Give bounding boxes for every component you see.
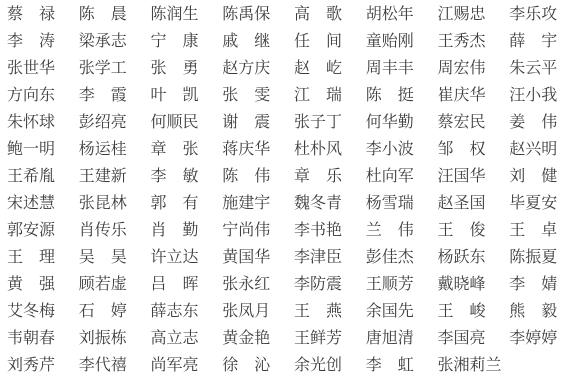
person-name: 尚军亮 <box>144 352 216 379</box>
person-name: 鲍一明 <box>0 135 72 162</box>
person-name: 王希胤 <box>0 162 72 189</box>
person-name: 刘秀芹 <box>0 352 72 379</box>
person-name: 江赐忠 <box>431 0 503 27</box>
person-name: 张湘莉兰 <box>431 352 503 379</box>
person-name: 胡松年 <box>359 0 431 27</box>
person-name: 郭安源 <box>0 217 72 244</box>
person-name: 陈 挺 <box>359 81 431 108</box>
person-name: 杨跃东 <box>431 244 503 271</box>
person-name: 张学工 <box>72 54 144 81</box>
person-name: 杜朴风 <box>287 135 359 162</box>
person-name: 薛志东 <box>144 298 216 325</box>
person-name: 邹 权 <box>431 135 503 162</box>
person-name: 李代禧 <box>72 352 144 379</box>
person-name: 王秀杰 <box>431 27 503 54</box>
person-name: 王建新 <box>72 162 144 189</box>
person-name: 李婷婷 <box>502 325 574 352</box>
person-name: 赵圣国 <box>431 189 503 216</box>
person-name: 宋述慧 <box>0 189 72 216</box>
person-name: 陈润生 <box>144 0 216 27</box>
person-name: 叶 凯 <box>144 81 216 108</box>
person-name: 黄金艳 <box>215 325 287 352</box>
person-name: 朱云平 <box>502 54 574 81</box>
person-name: 许立达 <box>144 244 216 271</box>
person-name: 李 婧 <box>502 271 574 298</box>
empty-cell <box>502 352 574 379</box>
person-name: 宁 康 <box>144 27 216 54</box>
person-name: 杨雪瑞 <box>359 189 431 216</box>
person-name: 朱怀球 <box>0 108 72 135</box>
person-name: 陈禹保 <box>215 0 287 27</box>
person-name: 周宏伟 <box>431 54 503 81</box>
person-name: 吴 昊 <box>72 244 144 271</box>
person-name: 陈振夏 <box>502 244 574 271</box>
person-name: 张 勇 <box>144 54 216 81</box>
person-name: 赵 屹 <box>287 54 359 81</box>
person-name: 艾冬梅 <box>0 298 72 325</box>
person-name: 石 婷 <box>72 298 144 325</box>
person-name: 陈 晨 <box>72 0 144 27</box>
person-name: 施建宇 <box>215 189 287 216</box>
person-name: 熊 毅 <box>502 298 574 325</box>
person-name: 梁承志 <box>72 27 144 54</box>
person-name: 顾若虚 <box>72 271 144 298</box>
person-name: 李小波 <box>359 135 431 162</box>
person-name: 方向东 <box>0 81 72 108</box>
person-name: 何华勤 <box>359 108 431 135</box>
person-name: 王顺芳 <box>359 271 431 298</box>
person-name: 任 间 <box>287 27 359 54</box>
person-name: 肖 勤 <box>144 217 216 244</box>
person-name: 王 俊 <box>431 217 503 244</box>
person-name: 张世华 <box>0 54 72 81</box>
person-name: 汪国华 <box>431 162 503 189</box>
person-name: 李 虹 <box>359 352 431 379</box>
person-name: 张永红 <box>215 271 287 298</box>
person-name: 戚 继 <box>215 27 287 54</box>
person-name: 周丰丰 <box>359 54 431 81</box>
person-name: 王 峻 <box>431 298 503 325</box>
person-name: 赵兴明 <box>502 135 574 162</box>
person-name: 李乐攻 <box>502 0 574 27</box>
person-name: 郭 有 <box>144 189 216 216</box>
person-name: 刘振栋 <box>72 325 144 352</box>
person-name: 张子丁 <box>287 108 359 135</box>
person-name: 童贻刚 <box>359 27 431 54</box>
person-name: 毕夏安 <box>502 189 574 216</box>
person-name: 吕 晖 <box>144 271 216 298</box>
person-name: 陈 伟 <box>215 162 287 189</box>
person-name: 李津臣 <box>287 244 359 271</box>
person-name: 姜 伟 <box>502 108 574 135</box>
person-name: 王 卓 <box>502 217 574 244</box>
person-name: 薛 宇 <box>502 27 574 54</box>
person-name: 魏冬青 <box>287 189 359 216</box>
person-name: 徐 沁 <box>215 352 287 379</box>
person-name: 李书艳 <box>287 217 359 244</box>
person-name: 唐旭清 <box>359 325 431 352</box>
person-name: 高立志 <box>144 325 216 352</box>
person-name: 赵方庆 <box>215 54 287 81</box>
person-name: 刘 健 <box>502 162 574 189</box>
person-name: 肖传乐 <box>72 217 144 244</box>
person-name: 李防震 <box>287 271 359 298</box>
person-name: 高 歌 <box>287 0 359 27</box>
person-name: 余光创 <box>287 352 359 379</box>
person-name: 余国先 <box>359 298 431 325</box>
person-name: 张凤月 <box>215 298 287 325</box>
person-name: 张 雯 <box>215 81 287 108</box>
person-name: 彭佳杰 <box>359 244 431 271</box>
person-name: 杨运桂 <box>72 135 144 162</box>
person-name: 蒋庆华 <box>215 135 287 162</box>
person-name: 彭绍亮 <box>72 108 144 135</box>
person-name: 戴晓峰 <box>431 271 503 298</box>
person-name: 谢 震 <box>215 108 287 135</box>
person-name: 兰 伟 <box>359 217 431 244</box>
name-grid: 蔡 禄陈 晨陈润生陈禹保高 歌胡松年江赐忠李乐攻李 涛梁承志宁 康戚 继任 间童… <box>0 0 574 379</box>
person-name: 李 敏 <box>144 162 216 189</box>
person-name: 黄 强 <box>0 271 72 298</box>
person-name: 章 乐 <box>287 162 359 189</box>
person-name: 崔庆华 <box>431 81 503 108</box>
person-name: 韦朝春 <box>0 325 72 352</box>
person-name: 蔡宏民 <box>431 108 503 135</box>
person-name: 杜向军 <box>359 162 431 189</box>
name-list-page: 蔡 禄陈 晨陈润生陈禹保高 歌胡松年江赐忠李乐攻李 涛梁承志宁 康戚 继任 间童… <box>0 0 574 379</box>
person-name: 江 瑞 <box>287 81 359 108</box>
person-name: 章 张 <box>144 135 216 162</box>
person-name: 汪小我 <box>502 81 574 108</box>
person-name: 李 涛 <box>0 27 72 54</box>
person-name: 王 理 <box>0 244 72 271</box>
person-name: 蔡 禄 <box>0 0 72 27</box>
person-name: 何顺民 <box>144 108 216 135</box>
person-name: 宁尚伟 <box>215 217 287 244</box>
person-name: 王鲜芳 <box>287 325 359 352</box>
person-name: 黄国华 <box>215 244 287 271</box>
person-name: 王 燕 <box>287 298 359 325</box>
person-name: 李 霞 <box>72 81 144 108</box>
person-name: 张昆林 <box>72 189 144 216</box>
person-name: 李国亮 <box>431 325 503 352</box>
